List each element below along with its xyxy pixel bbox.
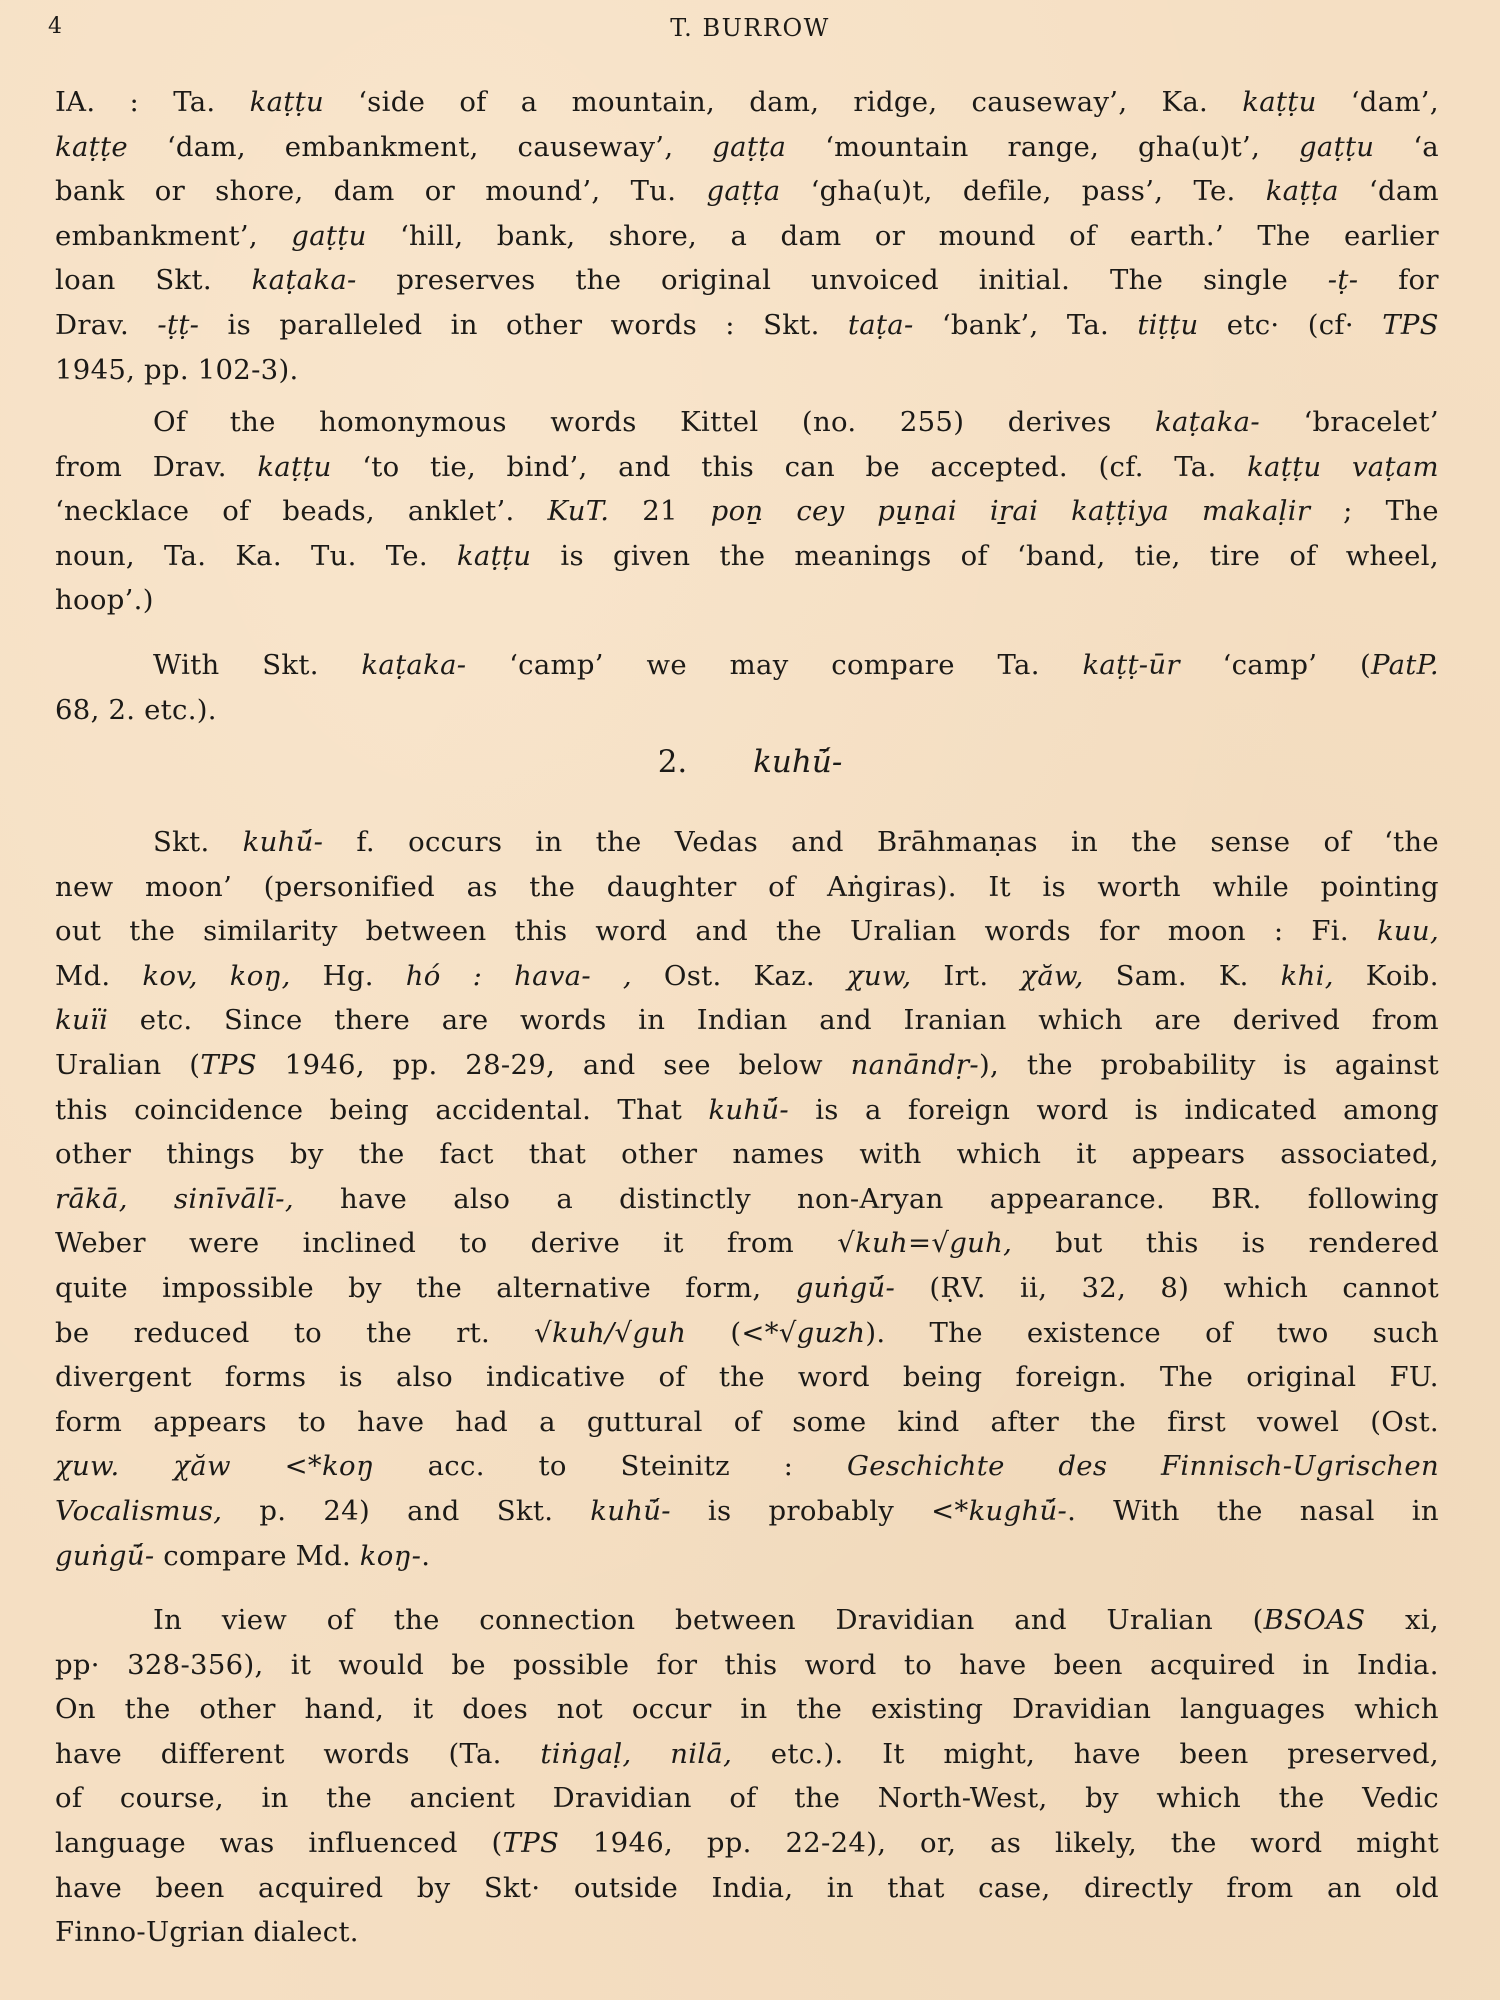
- text-line: bereducedtothert.√kuh/√guh(<*√guzh).Thee…: [55, 1313, 1439, 1353]
- word: earth.’: [1130, 216, 1224, 256]
- word: IA.: [55, 82, 95, 122]
- word: KuT.: [547, 491, 609, 531]
- word: to: [298, 1402, 326, 1442]
- word: of: [459, 82, 486, 122]
- text-line: Finno-Ugriandialect.: [55, 1912, 1439, 1952]
- word: which: [1354, 1689, 1439, 1729]
- word: words: [611, 305, 697, 345]
- word: kaṭaka-: [361, 645, 466, 685]
- word: from: [55, 447, 122, 487]
- word: the: [125, 1689, 171, 1729]
- text-line: pp·328-356),itwouldbepossibleforthisword…: [55, 1645, 1439, 1685]
- word: would: [338, 1645, 424, 1685]
- word: Vedas: [675, 822, 758, 862]
- word: Drav.: [153, 447, 227, 487]
- word: in: [451, 305, 478, 345]
- word: kuhū́-: [243, 822, 324, 862]
- word: forms: [225, 1357, 307, 1397]
- word: shore,: [609, 216, 697, 256]
- word: rākā,: [55, 1179, 128, 1219]
- text-line: Ontheotherhand,itdoesnotoccurintheexisti…: [55, 1689, 1439, 1729]
- word: sinīvālī-,: [174, 1179, 294, 1219]
- word: that: [887, 1868, 944, 1908]
- word: vowel: [1257, 1402, 1339, 1442]
- word: koŋ-.: [360, 1536, 430, 1576]
- word: word: [805, 1645, 877, 1685]
- word: a: [521, 82, 538, 122]
- word: :: [784, 1446, 794, 1486]
- word: of: [1323, 822, 1350, 862]
- word: koŋ,: [230, 956, 291, 996]
- word: hoop’.): [55, 580, 154, 620]
- word: of: [55, 1778, 82, 1818]
- text-line: noun,Ta.Ka.Tu.Te.kaṭṭuisgiventhemeanings…: [55, 536, 1439, 576]
- word: χăw,: [1020, 956, 1083, 996]
- word: Fi.: [1311, 911, 1349, 951]
- word: worth: [1097, 867, 1181, 907]
- word: which: [1156, 1778, 1241, 1818]
- text-line: Vocalismus,p.24)andSkt.kuhū́-isprobably<…: [55, 1491, 1439, 1531]
- word: for: [657, 1645, 698, 1685]
- word: On: [55, 1689, 96, 1729]
- word: gaṭṭu: [1299, 127, 1374, 167]
- word: there: [334, 1000, 410, 1040]
- word: Kaz.: [754, 956, 815, 996]
- word: been: [1054, 1645, 1123, 1685]
- word: of: [1289, 536, 1316, 576]
- word: Dravidian: [553, 1778, 692, 1818]
- word: 1945,: [55, 350, 135, 390]
- word: possible: [513, 1645, 629, 1685]
- text-line: kaṭṭe‘dam,embankment,causeway’,gaṭṭa‘mou…: [55, 127, 1439, 167]
- word: kaṭṭu: [457, 536, 531, 576]
- word: The: [1110, 260, 1163, 300]
- word: the: [359, 1134, 405, 1174]
- word: 102-3).: [198, 350, 299, 390]
- word: words: [984, 911, 1070, 951]
- word: the: [794, 1778, 840, 1818]
- word: names: [732, 1134, 824, 1174]
- word: foreign: [908, 1090, 1010, 1130]
- word: existing: [871, 1689, 983, 1729]
- word: the: [776, 911, 822, 951]
- text-line: ‘necklaceofbeads,anklet’.KuT.21poṉceypu̱…: [55, 491, 1439, 531]
- word: gaṭṭa: [706, 171, 780, 211]
- word: shore,: [215, 171, 303, 211]
- word: ‘gha(u)t,: [811, 171, 933, 211]
- word: the: [129, 911, 175, 951]
- word: of: [729, 1778, 756, 1818]
- text-line: OfthehomonymouswordsKittel(no.255)derive…: [153, 402, 1439, 442]
- word: :: [130, 82, 140, 122]
- word: 68,: [55, 690, 100, 730]
- word: Ta.: [998, 645, 1040, 685]
- word: Te.: [386, 536, 428, 576]
- word: Vedic: [1362, 1778, 1439, 1818]
- word: ‘necklace: [55, 491, 189, 531]
- word: a: [865, 1090, 882, 1130]
- word: it: [291, 1645, 311, 1685]
- text-line: formappearstohavehadagutturalofsomekinda…: [55, 1402, 1439, 1442]
- word: causeway’,: [972, 82, 1128, 122]
- word: daughter: [607, 867, 737, 907]
- word: 22-24),: [785, 1823, 886, 1863]
- word: been: [156, 1868, 225, 1908]
- word: mound: [939, 216, 1036, 256]
- word: kuïi: [55, 1000, 108, 1040]
- word: ii,: [1020, 1268, 1047, 1308]
- word: in: [638, 1000, 665, 1040]
- word: initial.: [979, 260, 1070, 300]
- word: indicative: [486, 1357, 625, 1397]
- word: That: [617, 1090, 682, 1130]
- word: (TPS: [189, 1045, 257, 1085]
- word: words: [520, 1000, 606, 1040]
- word: this: [725, 1645, 778, 1685]
- text-line: kuïietc.SincetherearewordsinIndianandIra…: [55, 1000, 1439, 1040]
- word: nilā,: [670, 1734, 732, 1774]
- word: FU.: [1389, 1357, 1438, 1397]
- word: f.: [356, 822, 375, 862]
- word: 28-29,: [465, 1045, 555, 1085]
- word: Md.: [296, 1536, 351, 1576]
- word: iṟai: [990, 491, 1038, 531]
- word: appears: [153, 1402, 267, 1442]
- word: to: [538, 1446, 566, 1486]
- word: against: [1335, 1045, 1439, 1085]
- word: moon: [1168, 911, 1246, 951]
- word: bind’,: [507, 447, 588, 487]
- word: the: [366, 1313, 412, 1353]
- word: etc.: [140, 1000, 193, 1040]
- word: this: [55, 1090, 108, 1130]
- text-line: havebeenacquiredbySkt·outsideIndia,intha…: [55, 1868, 1439, 1908]
- word: language: [55, 1823, 186, 1863]
- word: Ta.: [173, 82, 215, 122]
- text-line: quiteimpossiblebythealternativeform,guṅg…: [55, 1268, 1439, 1308]
- word: ‘dam: [1369, 171, 1439, 211]
- word: it: [1076, 1134, 1096, 1174]
- word: being: [903, 1357, 983, 1397]
- word: are: [1154, 1000, 1201, 1040]
- text-line: ofcourse,intheancientDravidianoftheNorth…: [55, 1778, 1439, 1818]
- word: Ost.: [664, 956, 722, 996]
- word: to: [904, 1645, 932, 1685]
- word: of: [1205, 1313, 1232, 1353]
- word: Weber: [55, 1223, 146, 1263]
- word: old: [1395, 1868, 1439, 1908]
- text-line: IA.:Ta.kaṭṭu‘sideofamountain,dam,ridge,c…: [55, 82, 1439, 122]
- word: the: [416, 1268, 462, 1308]
- text-line: hoop’.): [55, 580, 1439, 620]
- word: tie,: [430, 447, 476, 487]
- word: with: [859, 1134, 921, 1174]
- word: Finnisch-Ugrischen: [1161, 1446, 1439, 1486]
- word: Drav.: [55, 305, 129, 345]
- word: tiṅgaḷ,: [540, 1734, 631, 1774]
- word: Ta.: [1067, 305, 1109, 345]
- word: Ka.: [235, 536, 282, 576]
- text-line: 68,2.etc.).: [55, 690, 1439, 730]
- word: χuw.: [55, 1446, 120, 1486]
- word: kaṭṭa: [1266, 171, 1339, 211]
- word: :: [1274, 911, 1284, 951]
- word: can: [785, 447, 835, 487]
- word: Uralian: [55, 1045, 162, 1085]
- word: by: [1085, 1778, 1119, 1818]
- word: nasal: [1300, 1491, 1375, 1531]
- word: for: [1099, 911, 1140, 951]
- word: and: [618, 447, 671, 487]
- word: of: [734, 1402, 761, 1442]
- word: kuu,: [1377, 911, 1439, 951]
- text-line: loanSkt.kaṭaka-preservestheoriginalunvoi…: [55, 260, 1439, 300]
- word: fact: [440, 1134, 494, 1174]
- word: (ṚV.: [929, 1268, 985, 1308]
- word: outside: [574, 1868, 678, 1908]
- word: dam: [781, 216, 842, 256]
- word: compare: [831, 645, 955, 685]
- word: of: [768, 867, 795, 907]
- word: guttural: [587, 1402, 703, 1442]
- text-line: thiscoincidencebeingaccidental.Thatkuhū́…: [55, 1090, 1439, 1130]
- word: ,: [623, 956, 632, 996]
- word: India,: [711, 1868, 793, 1908]
- word: embankment,: [285, 127, 479, 167]
- word: probability: [1101, 1045, 1256, 1085]
- word: Skt·: [484, 1868, 541, 1908]
- word: bank: [55, 171, 125, 211]
- word: occur: [632, 1689, 712, 1729]
- word: is: [560, 536, 584, 576]
- word: embankment’,: [55, 216, 258, 256]
- word: xi,: [1405, 1600, 1439, 1640]
- word: the: [394, 1600, 440, 1640]
- word: ;: [1343, 491, 1353, 531]
- text-line: χuw.χăw<*koŋacc.toSteinitz:Geschichtedes…: [55, 1446, 1439, 1486]
- word: original: [1246, 1357, 1356, 1397]
- word: tire: [1210, 536, 1260, 576]
- word: kaṭṭu: [1247, 447, 1321, 487]
- word: 21: [642, 491, 678, 531]
- word: earlier: [1344, 216, 1439, 256]
- word: the: [1090, 1402, 1136, 1442]
- word: words: [323, 1734, 409, 1774]
- text-line: Drav.-ṭṭ-isparalleledinotherwords:Skt.ta…: [55, 305, 1439, 345]
- word: beads,: [282, 491, 375, 531]
- text-line: Uralian(TPS1946,pp.28-29,andseebelownanā…: [55, 1045, 1439, 1085]
- word: Aṅgiras).: [827, 867, 957, 907]
- word: des: [1058, 1446, 1107, 1486]
- word: indicated: [1185, 1090, 1317, 1130]
- word: first: [1167, 1402, 1226, 1442]
- word: noun,: [55, 536, 135, 576]
- word: Irt.: [943, 956, 988, 996]
- word: between: [675, 1600, 796, 1640]
- word: India.: [1357, 1645, 1439, 1685]
- section-heading: 2. kuhū́-: [0, 740, 1500, 784]
- word: (personified: [264, 867, 435, 907]
- word: by: [417, 1868, 451, 1908]
- word: distinctly: [619, 1179, 751, 1219]
- word: it: [413, 1689, 433, 1729]
- word: pass’,: [1082, 171, 1164, 211]
- word: from: [1372, 1000, 1439, 1040]
- text-line: 1945,pp.102-3).: [55, 350, 1439, 390]
- word: the: [529, 867, 575, 907]
- word: wheel,: [1346, 536, 1439, 576]
- word: <*koŋ: [285, 1446, 374, 1486]
- word: given: [613, 536, 690, 576]
- word: Uralian: [850, 911, 957, 951]
- word: directly: [1084, 1868, 1193, 1908]
- word: other: [199, 1689, 275, 1729]
- word: kaṭaka-: [252, 260, 357, 300]
- word: two: [1277, 1313, 1329, 1353]
- word: is: [228, 305, 252, 345]
- word: defile,: [963, 171, 1052, 211]
- word: also: [453, 1179, 510, 1219]
- word: Indian: [697, 1000, 788, 1040]
- word: acc.: [428, 1446, 485, 1486]
- word: Uralian: [1106, 1600, 1213, 1640]
- word: coincidence: [134, 1090, 303, 1130]
- word: the: [719, 536, 765, 576]
- word: (cf·: [1308, 305, 1354, 345]
- word: below: [739, 1045, 823, 1085]
- word: a: [730, 216, 747, 256]
- word: χăw: [173, 1446, 231, 1486]
- word: kaṭṭu: [250, 82, 324, 122]
- word: inclined: [303, 1223, 417, 1263]
- word: ‘camp’: [509, 645, 604, 685]
- word: such: [1373, 1313, 1439, 1353]
- word: √kuh=√guh,: [837, 1223, 1012, 1263]
- word: pu̱ṉai: [877, 491, 957, 531]
- word: taṭa-: [848, 305, 914, 345]
- word: while: [1212, 867, 1289, 907]
- word: 8): [1160, 1268, 1189, 1308]
- word: and: [791, 822, 844, 862]
- word: pointing: [1321, 867, 1439, 907]
- word: appearance.: [990, 1179, 1165, 1219]
- word: is: [1284, 1045, 1308, 1085]
- word: It: [988, 867, 1011, 907]
- word: and: [695, 911, 748, 951]
- word: in: [535, 822, 562, 862]
- text-line: guṅgū́-compareMd.koŋ-.: [55, 1536, 1439, 1576]
- word: unvoiced: [811, 260, 939, 300]
- word: ‘bracelet’: [1303, 402, 1438, 442]
- word: Skt.: [153, 822, 210, 862]
- word: guṅgū́-: [55, 1536, 154, 1576]
- word: have: [1074, 1734, 1141, 1774]
- word: Skt.: [262, 645, 319, 685]
- word: The: [1386, 491, 1439, 531]
- word: ‘side: [358, 82, 425, 122]
- word: appears: [1132, 1134, 1246, 1174]
- word: 1946,: [593, 1823, 673, 1863]
- word: have: [55, 1734, 122, 1774]
- word: or: [425, 171, 455, 211]
- word: tie,: [1135, 536, 1181, 576]
- running-head-author: T. BURROW: [0, 14, 1500, 42]
- text-line: divergentformsisalsoindicativeofthewordb…: [55, 1357, 1439, 1397]
- word: of: [1069, 216, 1096, 256]
- word: word: [798, 1357, 870, 1397]
- word: Ka.: [1162, 82, 1209, 122]
- word: North-West,: [878, 1778, 1048, 1818]
- word: also: [396, 1357, 453, 1397]
- word: hava-: [514, 956, 591, 996]
- word: √kuh/√guh: [534, 1313, 686, 1353]
- word: occurs: [408, 822, 502, 862]
- word: 2.: [108, 690, 135, 730]
- word: Koib.: [1366, 956, 1439, 996]
- word: Te.: [1193, 171, 1235, 211]
- word: the: [1171, 1823, 1217, 1863]
- word: <*kughū́-.: [931, 1491, 1076, 1531]
- word: a: [556, 1179, 573, 1219]
- word: of: [961, 536, 988, 576]
- word: bank,: [497, 216, 576, 256]
- word: Ta.: [1174, 447, 1216, 487]
- word: causeway’,: [518, 127, 674, 167]
- word: this: [514, 911, 567, 951]
- word: Brāhmaṇas: [877, 822, 1038, 862]
- word: Skt.: [155, 260, 212, 300]
- word: in: [1071, 822, 1098, 862]
- word: kind: [898, 1402, 960, 1442]
- word: kaṭṭu: [1242, 82, 1316, 122]
- word: or: [875, 216, 905, 256]
- word: not: [557, 1689, 603, 1729]
- word: ancient: [410, 1778, 515, 1818]
- word: the: [796, 1689, 842, 1729]
- word: -ṭ-: [1328, 260, 1359, 300]
- word: was: [220, 1823, 275, 1863]
- word: as: [990, 1823, 1021, 1863]
- word: ‘the: [1384, 822, 1439, 862]
- text-line: fromDrav.kaṭṭu‘totie,bind’,andthiscanbea…: [55, 447, 1439, 487]
- word: nanāndṛ-),: [851, 1045, 999, 1085]
- word: poṉ: [711, 491, 764, 531]
- word: The: [1160, 1357, 1213, 1397]
- word: is: [815, 1090, 839, 1130]
- word: BR.: [1211, 1179, 1262, 1219]
- word: influenced: [308, 1823, 457, 1863]
- word: see: [663, 1045, 711, 1085]
- word: have: [959, 1645, 1026, 1685]
- word: is: [1242, 1223, 1266, 1263]
- word: of: [658, 1357, 685, 1397]
- word: -ṭṭ-: [157, 305, 199, 345]
- word: different: [161, 1734, 285, 1774]
- word: ‘to: [362, 447, 399, 487]
- word: kuhū́-: [708, 1090, 789, 1130]
- word: moon’: [145, 867, 232, 907]
- word: other: [506, 305, 582, 345]
- word: impossible: [162, 1268, 314, 1308]
- word: original: [661, 260, 771, 300]
- word: (PatP.: [1360, 645, 1439, 685]
- text-line: otherthingsbythefactthatothernameswithwh…: [55, 1134, 1439, 1174]
- word: kaṭaka-: [1155, 402, 1260, 442]
- word: (cf.: [1099, 447, 1144, 487]
- word: tiṭṭu: [1137, 305, 1198, 345]
- word: sense: [1210, 822, 1290, 862]
- word: range,: [1007, 127, 1099, 167]
